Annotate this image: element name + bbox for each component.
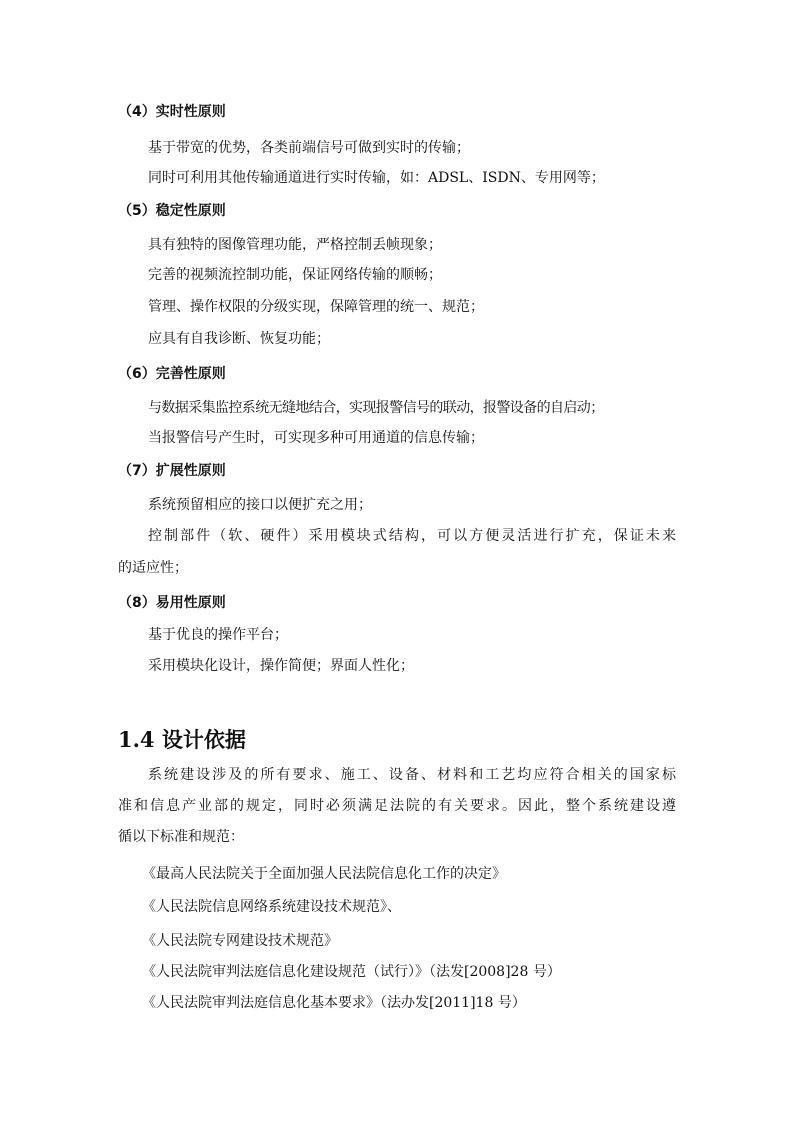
body-line: 具有独特的图像管理功能，严格控制丢帧现象； (148, 235, 442, 255)
body-line: 系统预留相应的接口以便扩充之用； (148, 495, 372, 515)
standard-item: 《人民法院审判法庭信息化基本要求》（法办发[2011]18 号） (142, 993, 526, 1013)
body-line: 完善的视频流控制功能，保证网络传输的顺畅； (148, 265, 442, 285)
section-heading-completeness: （6）完善性原则 (118, 364, 226, 384)
body-line: 采用模块化设计，操作简便；界面人性化； (148, 656, 414, 676)
document-page: （4）实时性原则 基于带宽的优势，各类前端信号可做到实时的传输； 同时可利用其他… (0, 0, 793, 1122)
standard-item: 《人民法院专网建设技术规范》 (142, 931, 338, 951)
body-line-continuation: 的适应性； (118, 558, 188, 578)
paragraph-line: 循以下标准和规范： (118, 827, 244, 847)
standard-item: 《人民法院审判法庭信息化建设规范（试行）》（法发[2008]28 号） (142, 962, 561, 982)
chapter-heading: 1.4 设计依据 (118, 726, 246, 754)
section-heading-stability: （5）稳定性原则 (118, 201, 226, 221)
standard-item: 《最高人民法院关于全面加强人民法院信息化工作的决定》 (142, 864, 506, 884)
body-line: 当报警信号产生时，可实现多种可用通道的信息传输； (148, 428, 484, 448)
standard-item: 《人民法院信息网络系统建设技术规范》、 (142, 897, 401, 917)
body-line: 管理、操作权限的分级实现，保障管理的统一、规范； (148, 297, 484, 317)
section-heading-realtime: （4）实时性原则 (118, 102, 226, 122)
body-line: 同时可利用其他传输通道进行实时传输，如：ADSL、ISDN、专用网等； (148, 168, 605, 188)
section-heading-extensibility: （7）扩展性原则 (118, 461, 226, 481)
body-line: 与数据采集监控系统无缝地结合，实现报警信号的联动，报警设备的自启动； (148, 398, 604, 418)
body-line: 基于带宽的优势，各类前端信号可做到实时的传输； (148, 138, 470, 158)
body-line: 基于优良的操作平台； (148, 625, 288, 645)
paragraph-line: 系统建设涉及的所有要求、施工、设备、材料和工艺均应符合相关的国家标 (148, 765, 676, 785)
paragraph-line: 准和信息产业部的规定，同时必须满足法院的有关要求。因此，整个系统建设遵 (118, 796, 676, 816)
body-line: 应具有自我诊断、恢复功能； (148, 329, 330, 349)
body-line: 控制部件（软、硬件）采用模块式结构，可以方便灵活进行扩充，保证未来 (148, 526, 676, 546)
section-heading-usability: （8）易用性原则 (118, 593, 226, 613)
